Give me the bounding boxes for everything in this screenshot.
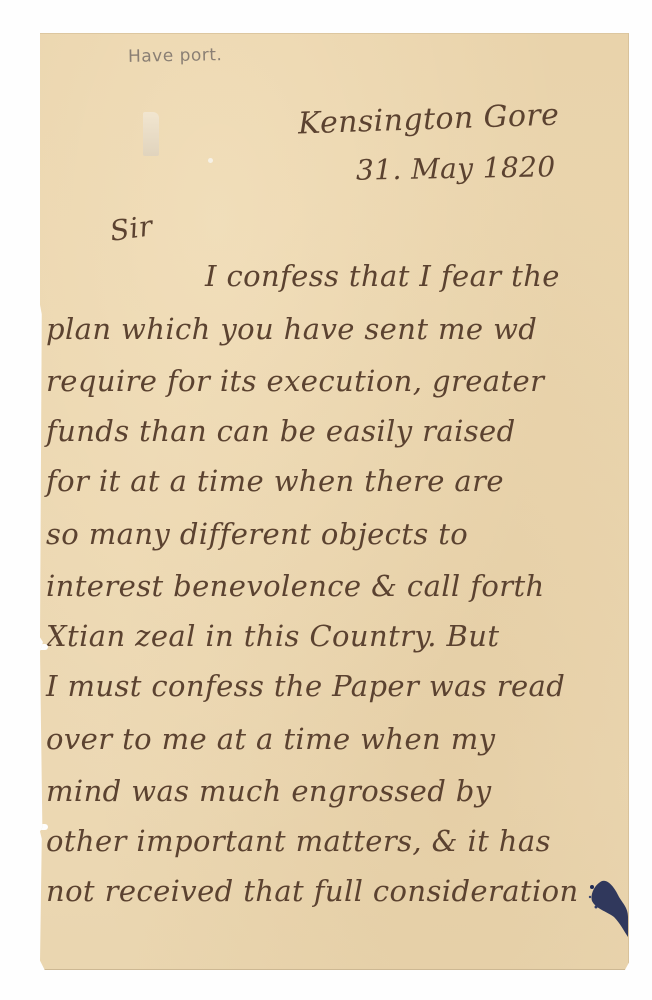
body-line: I confess that I fear the [205, 259, 560, 293]
body-line: plan which you have sent me wd [46, 312, 537, 346]
body-line: so many different objects to [46, 517, 468, 551]
letter-sheet: Have port. Kensington Gore 31. May 1820 … [40, 33, 629, 970]
pencil-annotation: Have port. [128, 45, 223, 67]
body-line: other important matters, & it has [46, 824, 551, 858]
body-line: not received that full consideration [46, 874, 579, 908]
body-line: funds than can be easily raised [46, 414, 516, 448]
paper-speck [208, 158, 213, 163]
paper-scrap-mark [143, 112, 159, 156]
body-line: over to me at a time when my [46, 722, 495, 756]
body-line: Xtian zeal in this Country. But [46, 619, 499, 653]
paper-tear [38, 644, 48, 650]
photo-stage: Have port. Kensington Gore 31. May 1820 … [0, 0, 652, 1000]
letter-date: 31. May 1820 [356, 150, 556, 186]
body-line: mind was much engrossed by [46, 774, 492, 808]
paper-tear [38, 824, 48, 830]
letter-place: Kensington Gore [297, 97, 559, 141]
body-line: for it at a time when there are [46, 464, 504, 498]
body-line: I must confess the Paper was read [46, 669, 565, 703]
letter-salutation: Sir [108, 209, 155, 248]
body-line: require for its execution, greater [46, 364, 544, 398]
body-line: interest benevolence & call forth [46, 569, 545, 603]
ink-blot [588, 877, 628, 939]
